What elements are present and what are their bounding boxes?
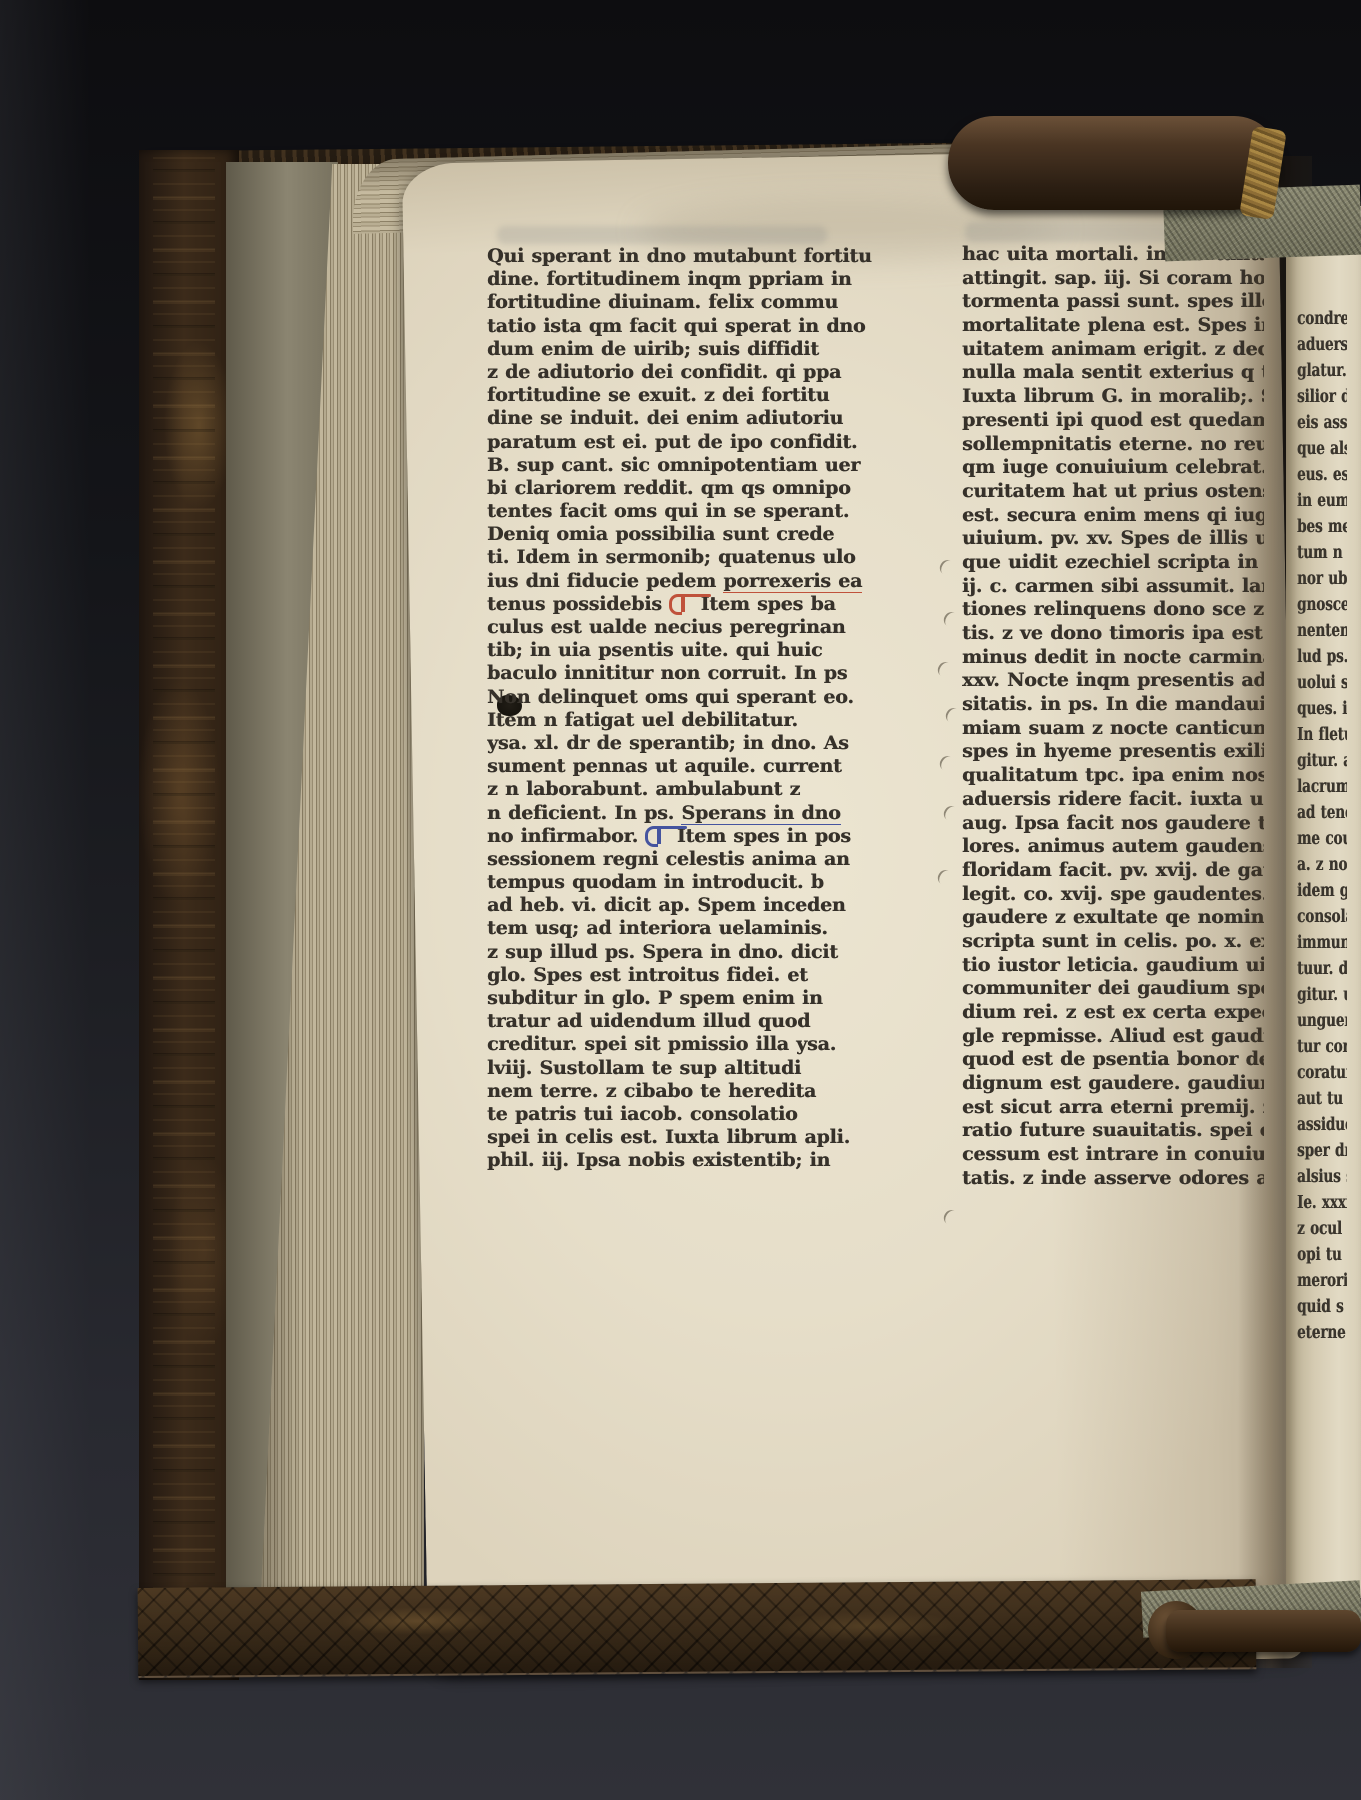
manuscript-text-line: meroris xyxy=(1297,1268,1347,1294)
manuscript-text-line: dine. fortitudinem inqm ppriam in xyxy=(487,268,937,291)
manuscript-text-line: alsius s xyxy=(1297,1164,1347,1190)
manuscript-text-line: baculo innititur non corruit. In ps xyxy=(487,662,937,685)
text-segment: Item spes ba xyxy=(693,593,835,615)
manuscript-text-line: minus dedit in nocte carmina. Iob xyxy=(962,646,1264,670)
manuscript-text-line: xxv. Nocte inqm presentis aduer xyxy=(962,669,1264,693)
manuscript-text-line: presenti ipi quod est quedam imago xyxy=(962,409,1264,433)
manuscript-text-line: gitur. u xyxy=(1297,982,1347,1008)
manuscript-text-line: tempus quodam in introducit. b xyxy=(487,871,937,894)
leather-weight-rod-top xyxy=(948,116,1280,210)
manuscript-text-line: sitatis. in ps. In die mandauit dns xyxy=(962,693,1264,717)
manuscript-text-line: qualitatum tpc. ipa enim nos in xyxy=(962,764,1264,788)
manuscript-text-line: z n laborabunt. ambulabunt z xyxy=(487,778,937,801)
manuscript-text-line: ad heb. vi. dicit ap. Spem inceden xyxy=(487,894,937,917)
manuscript-text-line: tib; in uia psentis uite. qui huic xyxy=(487,639,937,662)
manuscript-text-line: subditur in glo. P spem enim in xyxy=(487,987,937,1010)
manuscript-text-line: dium rei. z est ex certa expectatione xyxy=(962,1001,1264,1025)
text-segment: n deficient. In ps. xyxy=(487,802,681,824)
manuscript-text-line: consolat xyxy=(1297,904,1347,930)
manuscript-text-line: tenus possidebis Item spes ba xyxy=(487,593,937,616)
manuscript-text-line: no infirmabor. Item spes in pos xyxy=(487,825,937,848)
manuscript-text-line: spei in celis est. Iuxta librum apli. xyxy=(487,1126,937,1149)
manuscript-text-line: culus est ualde necius peregrinan xyxy=(487,616,937,639)
manuscript-text-line: z de adiutorio dei confidit. qi ppa xyxy=(487,361,937,384)
manuscript-text-line: uitatem animam erigit. z decorem xyxy=(962,338,1264,362)
manuscript-text-line: tormenta passi sunt. spes illor im xyxy=(962,290,1264,314)
manuscript-text-line: tur cor. xyxy=(1297,1034,1347,1060)
manuscript-text-line: sessionem regni celestis anima an xyxy=(487,848,937,871)
manuscript-text-line: idem gau xyxy=(1297,878,1347,904)
manuscript-text-line: eterne xyxy=(1297,1320,1347,1346)
manuscript-text-line: aduersita xyxy=(1297,332,1347,358)
manuscript-text-line: z ocul xyxy=(1297,1216,1347,1242)
manuscript-text-line: eis assla xyxy=(1297,410,1347,436)
manuscript-text-line: ad tened xyxy=(1297,800,1347,826)
manuscript-text-line: opi tu xyxy=(1297,1242,1347,1268)
leather-weight-rod-bottom xyxy=(1166,1610,1361,1652)
manuscript-text-line: aduersis ridere facit. iuxta uerbum xyxy=(962,788,1264,812)
manuscript-text-line: n deficient. In ps. Sperans in dno xyxy=(487,802,937,825)
book-cover-bottom-edge xyxy=(138,1579,1257,1678)
leather-tooling-pattern xyxy=(153,150,215,1680)
manuscript-text-line: sument pennas ut aquile. current xyxy=(487,755,937,778)
paraph-capitulum-mark-red xyxy=(669,594,693,612)
manuscript-text-line: que alsa xyxy=(1297,436,1347,462)
manuscript-text-line: tatio ista qm facit qui sperat in dno xyxy=(487,315,937,338)
manuscript-text-line: ius dni fiducie pedem porrexeris ea xyxy=(487,570,937,593)
manuscript-text-line: attingit. sap. iij. Si coram hominib; xyxy=(962,267,1264,291)
text-segment: no infirmabor. xyxy=(487,825,645,847)
manuscript-text-line: communiter dei gaudium spes est gau xyxy=(962,977,1264,1001)
manuscript-text-line: lacrum xyxy=(1297,774,1347,800)
manuscript-text-line: phil. iij. Ipsa nobis existentib; in xyxy=(487,1149,937,1172)
manuscript-text-line: floridam facit. pv. xvij. de gaudio xyxy=(962,859,1264,883)
manuscript-text-line: legit. co. xvij. spe gaudentes. z qm xyxy=(962,883,1264,907)
manuscript-text-line: aut tu xyxy=(1297,1086,1347,1112)
manuscript-text-line: ysa. xl. dr de sperantib; in dno. As xyxy=(487,732,937,755)
manuscript-text-line: bi clariorem reddit. qm qs omnipo xyxy=(487,477,937,500)
manuscript-text-line: ratio future suauitatis. spei con xyxy=(962,1119,1264,1143)
manuscript-text-line: Qui sperant in dno mutabunt fortitu xyxy=(487,245,937,268)
manuscript-text-line: miam suam z nocte canticum eius xyxy=(962,717,1264,741)
manuscript-text-line: lviij. Sustollam te sup altitudi xyxy=(487,1057,937,1080)
manuscript-text-line: cessum est intrare in conuiuium uolup xyxy=(962,1143,1264,1167)
text-segment: ius dni fiducie pedem xyxy=(487,570,723,592)
manuscript-text-line: gitur. ad xyxy=(1297,748,1347,774)
manuscript-text-line: dine se induit. dei enim adiutoriu xyxy=(487,407,937,430)
text-segment: tenus possidebis xyxy=(487,593,669,615)
text-column-2: hac uita mortali. immortalitatemattingit… xyxy=(962,243,1264,1191)
manuscript-text-line: que uidit ezechiel scripta in libro xyxy=(962,551,1264,575)
text-segment: Item spes in pos xyxy=(669,825,850,847)
manuscript-text-line: creditur. spei sit pmissio illa ysa. xyxy=(487,1033,937,1056)
manuscript-text-line: In fletu xyxy=(1297,722,1347,748)
manuscript-text-line: uolui sup xyxy=(1297,670,1347,696)
manuscript-text-line: Ie. xxxi. xyxy=(1297,1190,1347,1216)
manuscript-text-line: fortitudine diuinam. felix commu xyxy=(487,291,937,314)
manuscript-text-line: lud ps. Q xyxy=(1297,644,1347,670)
manuscript-text-line: coratur xyxy=(1297,1060,1347,1086)
manuscript-text-line: a. z nota xyxy=(1297,852,1347,878)
manuscript-text-line: gnoscent xyxy=(1297,592,1347,618)
manuscript-text-line: bes mea xyxy=(1297,514,1347,540)
manuscript-text-line: quid s xyxy=(1297,1294,1347,1320)
manuscript-text-line: quod est de psentia bonor de quo xyxy=(962,1048,1264,1072)
manuscript-text-line: glo. Spes est introitus fidei. et xyxy=(487,964,937,987)
manuscript-text-line: est sicut arra eterni premij. z spe xyxy=(962,1096,1264,1120)
manuscript-text-line: spes in hyeme presentis exilij. heb xyxy=(962,740,1264,764)
photo-background: Qui sperant in dno mutabunt fortitudine.… xyxy=(0,0,1361,1800)
manuscript-text-line: ques. in xyxy=(1297,696,1347,722)
manuscript-text-line: eus. est xyxy=(1297,462,1347,488)
manuscript-text-line: dum enim de uirib; suis diffidit xyxy=(487,338,937,361)
manuscript-text-line: qm iuge conuiuium celebrat. cum se xyxy=(962,456,1264,480)
manuscript-text-line: ti. Idem in sermonib; quatenus ulo xyxy=(487,546,937,569)
book-cover-left-board xyxy=(139,150,239,1680)
manuscript-text-line: Non delinquet oms qui sperant eo. xyxy=(487,686,937,709)
manuscript-text-line: immuni xyxy=(1297,930,1347,956)
text-column-facing-page: condrendaaduersitaglatur. usilior deneis… xyxy=(1297,306,1347,1346)
manuscript-text-line: Item n fatigat uel debilitatur. xyxy=(487,709,937,732)
manuscript-text-line: glatur. u xyxy=(1297,358,1347,384)
manuscript-text-line: tum n de xyxy=(1297,540,1347,566)
manuscript-text-line: me cou xyxy=(1297,826,1347,852)
manuscript-text-line: nem terre. z cibabo te heredita xyxy=(487,1080,937,1103)
manuscript-text-line: tis. z ve dono timoris ipa est cui do xyxy=(962,622,1264,646)
show-through-text-smudge xyxy=(497,226,827,244)
manuscript-text-line: tio iustor leticia. gaudium uistor xyxy=(962,954,1264,978)
manuscript-text-line: in eum xyxy=(1297,488,1347,514)
rubricated-underlined-words: porrexeris ea xyxy=(723,570,862,593)
manuscript-text-line: mortalitate plena est. Spes in et xyxy=(962,314,1264,338)
manuscript-text-line: condrenda xyxy=(1297,306,1347,332)
manuscript-text-line: B. sup cant. sic omnipotentiam uer xyxy=(487,454,937,477)
manuscript-text-line: tuur. de xyxy=(1297,956,1347,982)
manuscript-text-line: gaudere z exultate qe nomina uidet xyxy=(962,906,1264,930)
manuscript-text-line: nentem xyxy=(1297,618,1347,644)
text-column-1: Qui sperant in dno mutabunt fortitudine.… xyxy=(487,245,937,1173)
manuscript-text-line: assidue xyxy=(1297,1112,1347,1138)
manuscript-text-line: scripta sunt in celis. po. x. expecta xyxy=(962,930,1264,954)
manuscript-text-line: tatis. z inde asserve odores ad xyxy=(962,1167,1264,1191)
manuscript-text-line: aug. Ipsa facit nos gaudere tunc do xyxy=(962,812,1264,836)
manuscript-text-line: unguent xyxy=(1297,1008,1347,1034)
manuscript-text-line: lores. animus autem gaudens etatem xyxy=(962,835,1264,859)
weight-rod-tail-top xyxy=(1258,140,1361,212)
manuscript-text-line: tratur ad uidendum illud quod xyxy=(487,1010,937,1033)
manuscript-text-line: tem usq; ad interiora uelaminis. xyxy=(487,917,937,940)
manuscript-text-line: te patris tui iacob. consolatio xyxy=(487,1103,937,1126)
manuscript-text-line: uiuium. pv. xv. Spes de illis urbib; xyxy=(962,527,1264,551)
manuscript-text-line: sper dni xyxy=(1297,1138,1347,1164)
manuscript-text-line: tiones relinquens dono sce z pnten xyxy=(962,598,1264,622)
manuscript-text-line: curitatem hat ut prius ostensum xyxy=(962,480,1264,504)
manuscript-text-line: ij. c. carmen sibi assumit. lamenta xyxy=(962,575,1264,599)
manuscript-text-line: est. secura enim mens qi iuge coui xyxy=(962,504,1264,528)
manuscript-text-line: z sup illud ps. Spera in dno. dicit xyxy=(487,941,937,964)
manuscript-text-line: Iuxta librum G. in moralib;. Spes xyxy=(962,385,1264,409)
manuscript-text-line: gle repmisse. Aliud est gaudium xyxy=(962,1025,1264,1049)
paraph-capitulum-mark-blue xyxy=(645,826,669,844)
manuscript-text-line: Deniq omia possibilia sunt crede xyxy=(487,523,937,546)
manuscript-text-line: tentes facit oms qui in se sperant. xyxy=(487,500,937,523)
manuscript-text-line: nulla mala sentit exterius q tolerat xyxy=(962,361,1264,385)
manuscript-text-line: silior den xyxy=(1297,384,1347,410)
manuscript-text-line: paratum est ei. put de ipo confidit. xyxy=(487,431,937,454)
manuscript-text-line: fortitudine se exuit. z dei fortitu xyxy=(487,384,937,407)
rubricated-underlined-words: Sperans in dno xyxy=(681,802,840,825)
manuscript-text-line: nor ubor xyxy=(1297,566,1347,592)
manuscript-text-line: dignum est gaudere. gaudium spei xyxy=(962,1072,1264,1096)
manuscript-text-line: sollempnitatis eterne. no reuniat se xyxy=(962,433,1264,457)
